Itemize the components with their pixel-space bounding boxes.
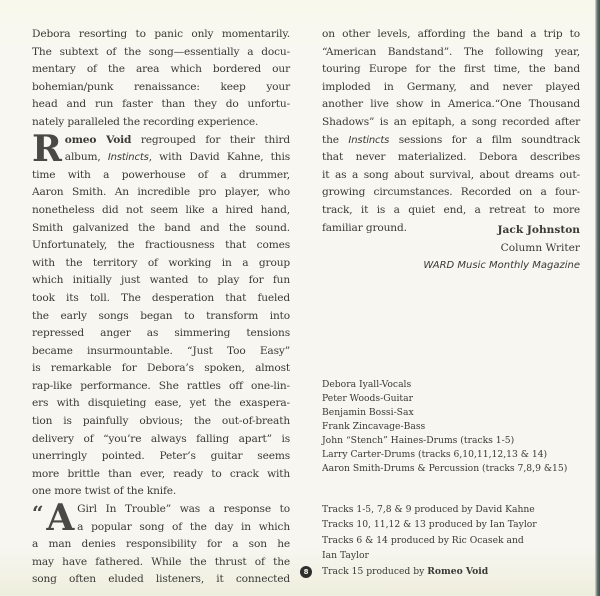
album-title: Instincts [108, 152, 149, 163]
credit-line: Frank Zincavage-Bass [322, 420, 582, 434]
text-line: it as a song about survival, about dream… [322, 167, 580, 185]
text-line: Smith galvanized the band and the sound. [32, 220, 290, 238]
credit-line: Larry Carter-Drums (tracks 6,10,11,12,13… [322, 448, 582, 462]
text-line: song often eluded listeners, it connecte… [32, 571, 290, 589]
author-title: Column Writer [322, 240, 580, 258]
text-line: the early songs began to transform into [32, 308, 290, 326]
left-column: Debora resorting to panic only momentari… [32, 26, 290, 589]
credit-line: John “Stench” Haines-Drums (tracks 1-5) [322, 434, 582, 448]
text-line: touring Europe for the first time, the b… [322, 61, 580, 79]
text-line: is remarkable for Debora’s spoken, almos… [32, 360, 290, 378]
producer-line-cont: Ian Taylor [322, 549, 582, 564]
paragraph-3: “ A Girl In Trouble” was a response to a… [32, 501, 290, 589]
text-line: with the territory of working in a group [32, 255, 290, 273]
text-line: Aaron Smith. An incredible pro player, w… [32, 184, 290, 202]
text-line: a man denies responsibility for a son he [32, 536, 290, 554]
band-name: Romeo Void [427, 566, 488, 577]
text-fragment: album, [65, 151, 108, 163]
text-line: nonetheless did not seem like a hired ha… [32, 202, 290, 220]
text-fragment: regrouped for their third [131, 134, 290, 146]
credit-line: Debora Iyall-Vocals [322, 378, 582, 392]
credit-line: Peter Woods-Guitar [322, 392, 582, 406]
producer-line: Tracks 6 & 14 produced by Ric Ocasek and [322, 534, 582, 549]
paragraph-4: on other levels, affording the band a tr… [322, 26, 580, 237]
band-name: omeo Void [65, 134, 132, 146]
text-line: head and run faster than they do unfortu… [32, 96, 290, 114]
open-quote-mark: “ [32, 503, 43, 523]
text-line: that never materialized. Debora describe… [322, 149, 580, 167]
producer-line: Track 15 produced by Romeo Void [322, 565, 582, 580]
text-line: took its toll. The desperation that fuel… [32, 290, 290, 308]
text-line: The subtext of the song—essentially a do… [32, 44, 290, 62]
text-line: “American Bandstand”. The following year… [322, 44, 580, 62]
text-line: the Instincts sessions for a film soundt… [322, 132, 580, 150]
text-line: mentary of the area which bordered our [32, 61, 290, 79]
page-number-badge: 8 [300, 566, 312, 578]
producer-credits: Tracks 1-5, 7,8 & 9 produced by David Ka… [322, 503, 582, 580]
drop-cap-a: A [46, 503, 74, 533]
credit-line: Aaron Smith-Drums & Percussion (tracks 7… [322, 462, 582, 476]
text-line: unerringly pointed. Peter’s guitar seems [32, 448, 290, 466]
text-line: bohemian/punk renaissance: keep your [32, 79, 290, 97]
text-line: on other levels, affording the band a tr… [322, 26, 580, 44]
text-line: another live show in America.“One Thousa… [322, 96, 580, 114]
paragraph-2: R omeo Void regrouped for their third al… [32, 132, 290, 501]
producer-line: Tracks 1-5, 7,8 & 9 produced by David Ka… [322, 503, 582, 518]
text-line: nately paralleled the recording experien… [32, 114, 290, 132]
text-line: time with a powerhouse of a drummer, [32, 167, 290, 185]
paragraph-1: Debora resorting to panic only momentari… [32, 26, 290, 132]
text-line: Unfortunately, the fractiousness that co… [32, 237, 290, 255]
text-line: may have fathered. While the thrust of t… [32, 554, 290, 572]
text-fragment: , with David Kahne, this [149, 151, 290, 163]
text-line: growing circumstances. Recorded on a fou… [322, 184, 580, 202]
text-line: tion is painfully obvious; the out-of-br… [32, 413, 290, 431]
band-credits: Debora Iyall-Vocals Peter Woods-Guitar B… [322, 378, 582, 476]
text-line: omeo Void regrouped for their third [32, 132, 290, 150]
right-column: on other levels, affording the band a tr… [322, 26, 580, 237]
producer-line: Tracks 10, 11,12 & 13 produced by Ian Ta… [322, 518, 582, 533]
text-line: more brittle than ever, ready to crack w… [32, 466, 290, 484]
text-line: ers with disquieting ease, yet the exasp… [32, 395, 290, 413]
text-fragment: Track 15 produced by [322, 566, 427, 577]
text-line: became insurmountable. “Just Too Easy” [32, 343, 290, 361]
text-fragment: sessions for a film soundtrack [389, 134, 580, 146]
credit-line: Benjamin Bossi-Sax [322, 406, 582, 420]
text-line: track, it is a quiet end, a retreat to m… [322, 202, 580, 220]
text-line: imploded in Germany, and never played [322, 79, 580, 97]
text-line: delivery of “you’re always falling apart… [32, 431, 290, 449]
text-line: one more twist of the knife. [32, 483, 290, 501]
text-line: which initially just wanted to play for … [32, 272, 290, 290]
drop-cap-r: R [32, 134, 62, 164]
text-line: rap-like performance. She rattles off on… [32, 378, 290, 396]
booklet-page: Debora resorting to panic only momentari… [0, 0, 600, 596]
text-line: album, Instincts, with David Kahne, this [32, 149, 290, 167]
album-title: Instincts [348, 135, 389, 146]
text-line: Debora resorting to panic only momentari… [32, 26, 290, 44]
text-line: repressed anger as simmering tensions [32, 325, 290, 343]
author-name: Jack Johnston [322, 222, 580, 240]
publication-name: WARD Music Monthly Magazine [322, 257, 580, 275]
text-fragment: the [322, 134, 348, 146]
author-signature: Jack Johnston Column Writer WARD Music M… [322, 222, 580, 275]
page-edge [595, 0, 600, 596]
text-line: Shadows” is an epitaph, a song recorded … [322, 114, 580, 132]
